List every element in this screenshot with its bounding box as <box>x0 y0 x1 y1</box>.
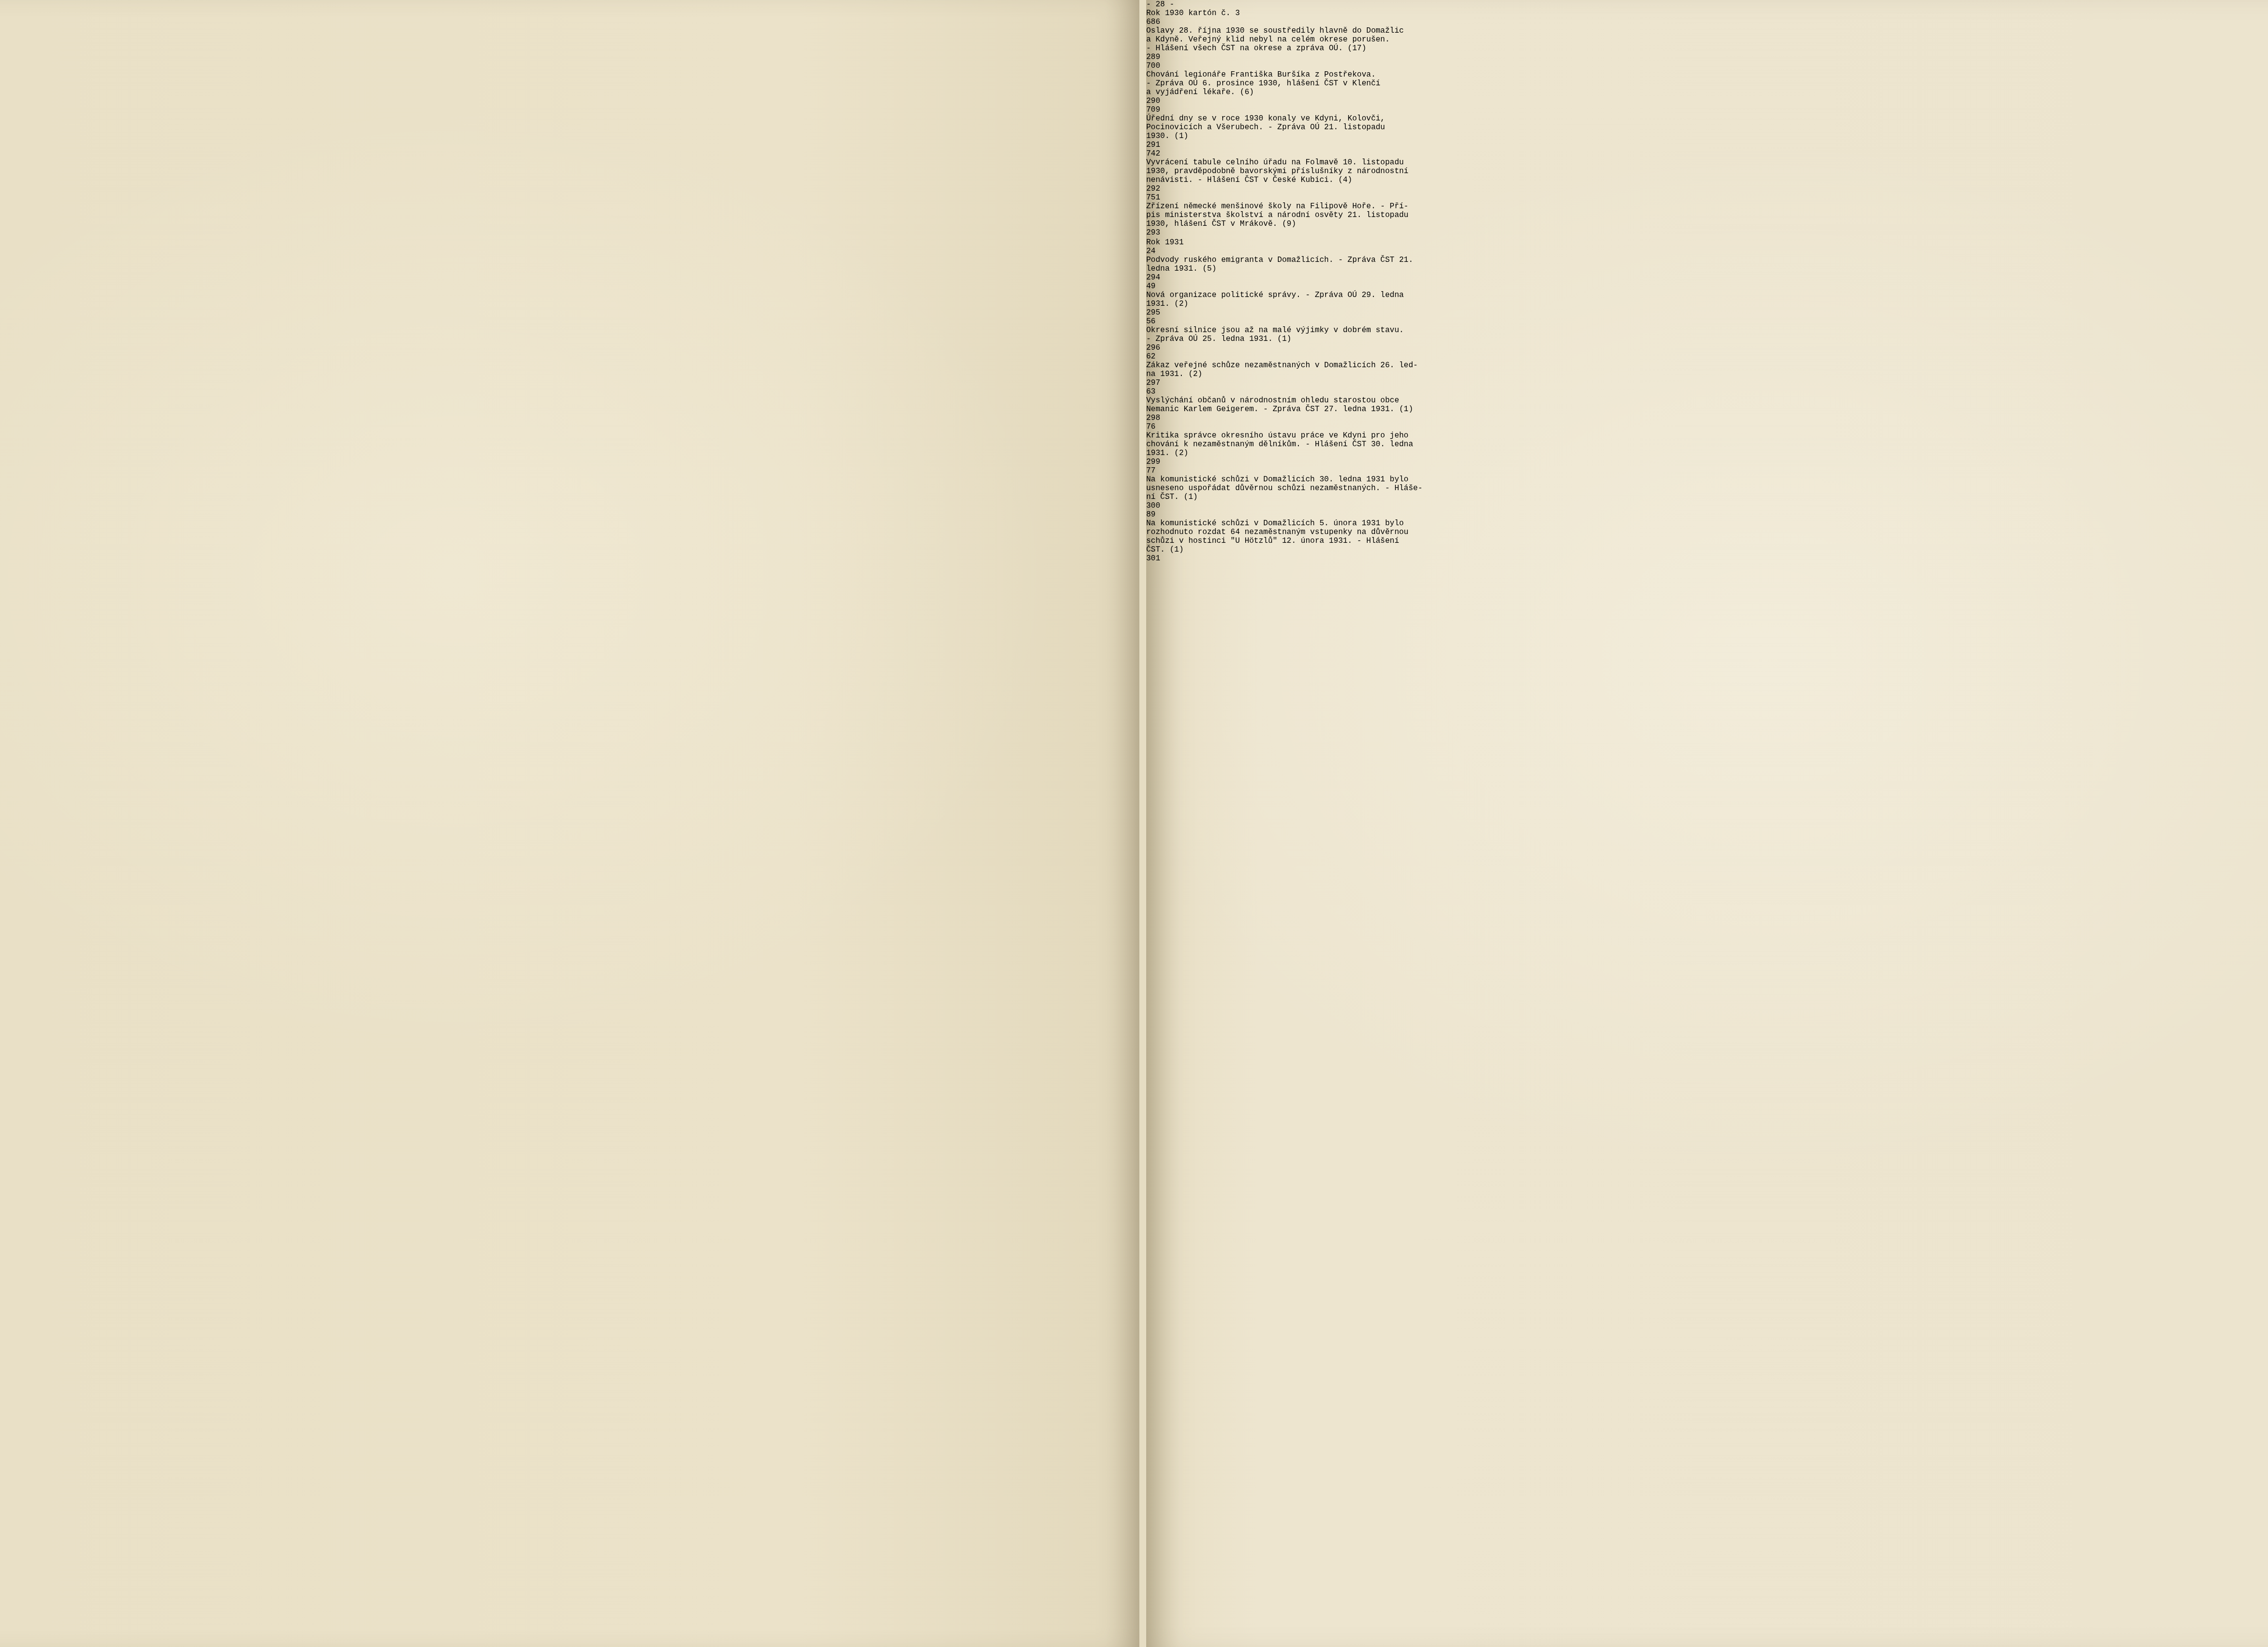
entry-reference-number: 289 <box>1146 53 2268 61</box>
entry-text-line: 1930, pravděpodobně bavorskými příslušní… <box>1146 167 2268 176</box>
inventory-entry: 742 Vyvrácení tabule celního úřadu na Fo… <box>1146 149 2268 193</box>
entry-text-line: Na komunistické schůzi v Domažlicích 5. … <box>1146 519 2268 528</box>
book-binding-gutter <box>1139 0 1146 1647</box>
carton-number-label: kartón č. 3 <box>1188 9 1240 18</box>
entry-text-line: a vyjádření lékaře. (6) <box>1146 88 2268 97</box>
entry-text-line: Zřízení německé menšinové školy na Filip… <box>1146 202 2268 211</box>
inventory-entry: 700 Chování legionáře Františka Buršíka … <box>1146 61 2268 105</box>
entry-reference-number: 297 <box>1146 378 2268 387</box>
entry-text-line: chování k nezaměstnaným dělníkům. - Hláš… <box>1146 440 2268 449</box>
scanned-book-spread: - 28 - Rok 1930 kartón č. 3 686 Oslavy 2… <box>0 0 2268 1647</box>
entry-number: 751 <box>1146 193 2268 202</box>
entry-text-line: Chování legionáře Františka Buršíka z Po… <box>1146 70 2268 79</box>
entry-text-line: Okresní silnice jsou až na malé výjimky … <box>1146 326 2268 335</box>
bleed-through-text-block <box>0 332 693 441</box>
entry-text-line: ČST. (1) <box>1146 545 2268 554</box>
entry-reference-number: 301 <box>1146 554 2268 563</box>
entry-number: 63 <box>1146 387 2268 396</box>
entry-number: 89 <box>1146 510 2268 519</box>
bleed-through-text-block <box>0 882 585 938</box>
bleed-through-text-block <box>0 249 673 332</box>
inventory-entry: 77 Na komunistické schůzi v Domažlicích … <box>1146 466 2268 510</box>
entry-text-line: Na komunistické schůzi v Domažlicích 30.… <box>1146 475 2268 484</box>
entry-reference-number: 293 <box>1146 228 2268 237</box>
bleed-through-text-block <box>0 716 688 799</box>
bleed-through-text-block <box>0 550 663 633</box>
entry-reference-number: 299 <box>1146 457 2268 466</box>
entry-number: 76 <box>1146 422 2268 431</box>
inventory-entry: 751 Zřízení německé menšinové školy na F… <box>1146 193 2268 237</box>
entry-description: Vyslýchání občanů v národnostním ohledu … <box>1146 396 2268 414</box>
inventory-entry: 76 Kritika správce okresního ústavu prác… <box>1146 422 2268 466</box>
entry-reference-number: 300 <box>1146 501 2268 510</box>
entry-description: Zákaz veřejné schůze nezaměstnaných v Do… <box>1146 361 2268 378</box>
entry-text-line: a Kdyně. Veřejný klid nebyl na celém okr… <box>1146 35 2268 44</box>
bleed-through-text-block <box>0 166 634 249</box>
bleed-through-text-block <box>0 441 683 550</box>
inventory-entry: 89 Na komunistické schůzi v Domažlicích … <box>1146 510 2268 563</box>
bleed-through-text-block <box>0 0 658 83</box>
entry-number: 700 <box>1146 61 2268 70</box>
section-header-1930: Rok 1930 kartón č. 3 <box>1146 9 2268 18</box>
right-inventory-page: - 28 - Rok 1930 kartón č. 3 686 Oslavy 2… <box>1146 0 2268 1647</box>
inventory-entry: 63 Vyslýchání občanů v národnostním ohle… <box>1146 387 2268 422</box>
entry-reference-number: 292 <box>1146 184 2268 193</box>
year-label: Rok 1930 <box>1146 9 1184 18</box>
entry-reference-number: 296 <box>1146 343 2268 352</box>
bleed-through-text-block <box>0 799 658 882</box>
inventory-entry: 49 Nová organizace politické správy. - Z… <box>1146 282 2268 317</box>
entry-description: Oslavy 28. října 1930 se soustředily hla… <box>1146 26 2268 53</box>
entry-reference-number: 294 <box>1146 273 2268 282</box>
entry-description: Nová organizace politické správy. - Zprá… <box>1146 291 2268 308</box>
entry-description: Zřízení německé menšinové školy na Filip… <box>1146 202 2268 228</box>
left-blank-page <box>0 0 1139 1647</box>
typed-content: - 28 - Rok 1930 kartón č. 3 686 Oslavy 2… <box>1146 0 2268 563</box>
entry-text-line: ledna 1931. (5) <box>1146 264 2268 273</box>
entry-reference-number: 298 <box>1146 414 2268 422</box>
entry-text-line: usneseno uspořádat důvěrnou schůzi nezam… <box>1146 484 2268 493</box>
section-header-1931: Rok 1931 <box>1146 238 2268 247</box>
entry-description: Kritika správce okresního ústavu práce v… <box>1146 431 2268 457</box>
entry-number: 686 <box>1146 18 2268 26</box>
page-number-heading: - 28 - <box>1146 0 2268 9</box>
entry-text-line: Nemanic Karlem Geigerem. - Zpráva ČST 27… <box>1146 405 2268 414</box>
bleed-through-text-block <box>0 633 634 716</box>
entry-text-line: 1930, hlášení ČST v Mrákově. (9) <box>1146 219 2268 228</box>
entry-text-line: nenávisti. - Hlášení ČST v České Kubici.… <box>1146 176 2268 184</box>
entry-text-line: rozhodnuto rozdat 64 nezaměstnaným vstup… <box>1146 528 2268 536</box>
entry-reference-number: 291 <box>1146 140 2268 149</box>
entry-description: Na komunistické schůzi v Domažlicích 5. … <box>1146 519 2268 554</box>
entry-text-line: ní ČST. (1) <box>1146 493 2268 501</box>
entry-text-line: Úřední dny se v roce 1930 konaly ve Kdyn… <box>1146 114 2268 123</box>
entry-text-line: - Hlášení všech ČST na okrese a zpráva O… <box>1146 44 2268 53</box>
entry-text-line: 1931. (2) <box>1146 449 2268 457</box>
entry-list-1930: 686 Oslavy 28. října 1930 se soustředily… <box>1146 18 2268 237</box>
entry-text-line: 1931. (2) <box>1146 299 2268 308</box>
entry-number: 24 <box>1146 247 2268 256</box>
inventory-entry: 709 Úřední dny se v roce 1930 konaly ve … <box>1146 105 2268 149</box>
entry-text-line: Podvody ruského emigranta v Domažlicích.… <box>1146 256 2268 264</box>
entry-text-line: - Zpráva OÚ 25. ledna 1931. (1) <box>1146 335 2268 343</box>
entry-list-1931: 24 Podvody ruského emigranta v Domažlicí… <box>1146 247 2268 563</box>
entry-reference-number: 295 <box>1146 308 2268 317</box>
entry-description: Na komunistické schůzi v Domažlicích 30.… <box>1146 475 2268 501</box>
entry-text-line: Nová organizace politické správy. - Zprá… <box>1146 291 2268 299</box>
entry-text-line: Zákaz veřejné schůze nezaměstnaných v Do… <box>1146 361 2268 370</box>
entry-number: 56 <box>1146 317 2268 326</box>
entry-text-line: 1930. (1) <box>1146 132 2268 140</box>
bleed-through-text-block <box>0 83 683 166</box>
inventory-entry: 62 Zákaz veřejné schůze nezaměstnaných v… <box>1146 352 2268 387</box>
inventory-entry: 686 Oslavy 28. října 1930 se soustředily… <box>1146 18 2268 61</box>
entry-number: 709 <box>1146 105 2268 114</box>
inventory-entry: 56 Okresní silnice jsou až na malé výjim… <box>1146 317 2268 352</box>
entry-text-line: Vyslýchání občanů v národnostním ohledu … <box>1146 396 2268 405</box>
entry-text-line: Oslavy 28. října 1930 se soustředily hla… <box>1146 26 2268 35</box>
entry-description: Okresní silnice jsou až na malé výjimky … <box>1146 326 2268 343</box>
inventory-entry: 24 Podvody ruského emigranta v Domažlicí… <box>1146 247 2268 282</box>
entry-description: Chování legionáře Františka Buršíka z Po… <box>1146 70 2268 97</box>
entry-text-line: Vyvrácení tabule celního úřadu na Folmav… <box>1146 158 2268 167</box>
entry-description: Úřední dny se v roce 1930 konaly ve Kdyn… <box>1146 114 2268 140</box>
entry-number: 77 <box>1146 466 2268 475</box>
entry-description: Vyvrácení tabule celního úřadu na Folmav… <box>1146 158 2268 184</box>
entry-text-line: - Zpráva OÚ 6. prosince 1930, hlášení ČS… <box>1146 79 2268 88</box>
entry-number: 49 <box>1146 282 2268 291</box>
entry-text-line: pis ministerstva školství a národní osvě… <box>1146 211 2268 219</box>
entry-text-line: schůzi v hostinci "U Hötzlů" 12. února 1… <box>1146 536 2268 545</box>
entry-text-line: na 1931. (2) <box>1146 370 2268 378</box>
entry-text-line: Pocinovicích a Všerubech. - Zpráva OÚ 21… <box>1146 123 2268 132</box>
year-label: Rok 1931 <box>1146 238 1184 247</box>
entry-text-line: Kritika správce okresního ústavu práce v… <box>1146 431 2268 440</box>
entry-number: 62 <box>1146 352 2268 361</box>
entry-reference-number: 290 <box>1146 97 2268 105</box>
entry-description: Podvody ruského emigranta v Domažlicích.… <box>1146 256 2268 273</box>
entry-number: 742 <box>1146 149 2268 158</box>
